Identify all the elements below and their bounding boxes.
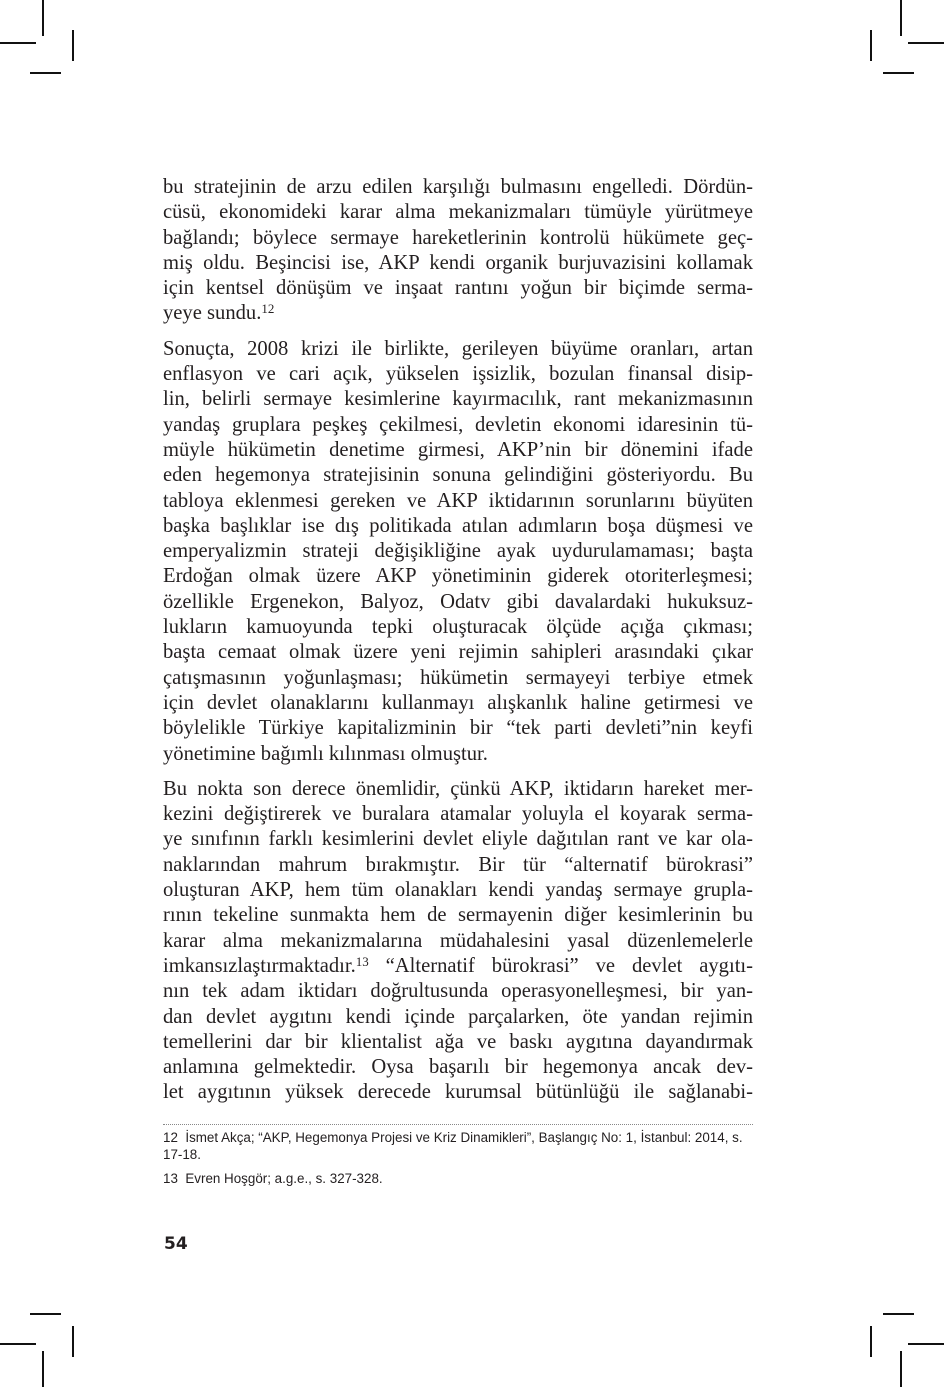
text-fragment: imkansızlaştırmaktadır.: [163, 955, 356, 977]
footnote-13: 13 Evren Hoşgör; a.g.e., s. 327-328.: [163, 1170, 755, 1187]
text-line: eden hegemonya stratejisinin sonuna geli…: [163, 463, 753, 488]
text-line: dan devlet aygıtını kendi içinde parçala…: [163, 1005, 753, 1030]
text-line: yandaş gruplara peşkeş çekilmesi, devlet…: [163, 413, 753, 438]
crop-mark: [870, 30, 872, 61]
footnotes: 12 İsmet Akça; “AKP, Hegemonya Projesi v…: [163, 1129, 755, 1194]
text-line: Erdoğan olmak üzere AKP yönetiminin gide…: [163, 564, 753, 589]
text-line: için devlet olanaklarını kullanmayı alış…: [163, 691, 753, 716]
text-line: yönetimine bağımlı kılınması olmuştur.: [163, 742, 753, 767]
text-line: oluşturan AKP, hem tüm olanakları kendi …: [163, 878, 753, 903]
text-line: miş oldu. Beşincisi ise, AKP kendi organ…: [163, 251, 753, 276]
footnote-ref-12[interactable]: 12: [261, 301, 274, 316]
text-line: cüsü, ekonomideki karar alma mekanizmala…: [163, 200, 753, 225]
text-line: böylelikle Türkiye kapitalizminin bir “t…: [163, 716, 753, 741]
paragraph-1: bu stratejinin de arzu edilen karşılığı …: [163, 175, 753, 327]
text-line: temellerini dar bir klientalist ağa ve b…: [163, 1030, 753, 1055]
text-line: karar alma mekanizmalarına müdahalesini …: [163, 929, 753, 954]
body-text: bu stratejinin de arzu edilen karşılığı …: [163, 175, 753, 1116]
crop-mark: [72, 30, 74, 61]
text-line: bu stratejinin de arzu edilen karşılığı …: [163, 175, 753, 200]
crop-mark: [900, 0, 902, 36]
crop-mark: [908, 42, 944, 44]
text-line: ye sınıfının farklı kesimlerini devlet e…: [163, 827, 753, 852]
text-line: nın tek adam iktidarı doğrultusunda oper…: [163, 979, 753, 1004]
crop-mark: [900, 1351, 902, 1387]
text-line: anlamına gelmektedir. Oysa başarılı bir …: [163, 1055, 753, 1080]
footnote-number: 12: [163, 1130, 178, 1145]
footnote-number: 13: [163, 1171, 178, 1186]
crop-mark: [883, 1313, 914, 1315]
crop-mark: [30, 1313, 61, 1315]
text-line: tabloya eklenmesi gereken ve AKP iktidar…: [163, 489, 753, 514]
paragraph-2: Sonuçta, 2008 krizi ile birlikte, gerile…: [163, 337, 753, 767]
text-line: kezini değiştirerek ve buralara atamalar…: [163, 802, 753, 827]
text-line: let aygıtının yüksek derecede kurumsal b…: [163, 1080, 753, 1105]
crop-mark: [42, 0, 44, 36]
footnote-text: Evren Hoşgör; a.g.e., s. 327-328.: [185, 1171, 382, 1186]
crop-mark: [0, 42, 36, 44]
text-line: müyle hükümetin denetime girmesi, AKP’ni…: [163, 438, 753, 463]
text-line: yeye sundu.12: [163, 301, 753, 326]
text-line: çatışmasının yoğunlaşması; hükümetin ser…: [163, 666, 753, 691]
footnote-12: 12 İsmet Akça; “AKP, Hegemonya Projesi v…: [163, 1129, 755, 1163]
crop-mark: [883, 72, 914, 74]
paragraph-3: Bu nokta son derece önemlidir, çünkü AKP…: [163, 777, 753, 1106]
text-line: Bu nokta son derece önemlidir, çünkü AKP…: [163, 777, 753, 802]
text-fragment: “Alternatif bürokrasi” ve devlet aygıtı-: [369, 955, 753, 977]
text-line: başka başlıklar ise dış politikada atıla…: [163, 514, 753, 539]
text-line: enflasyon ve cari açık, yükselen işsizli…: [163, 362, 753, 387]
page-number: 54: [164, 1234, 188, 1254]
text-line: bağlandı; böylece sermaye hareketlerinin…: [163, 226, 753, 251]
footnote-text: İsmet Akça; “AKP, Hegemonya Projesi ve K…: [163, 1130, 743, 1162]
text-line: özellikle Ergenekon, Balyoz, Odatv gibi …: [163, 590, 753, 615]
crop-mark: [0, 1343, 36, 1345]
footnote-divider: [163, 1124, 753, 1125]
text-line: lin, belirli sermaye kesimlerine kayırma…: [163, 387, 753, 412]
text-line: lukların kamuoyunda tepki oluşturacak öl…: [163, 615, 753, 640]
crop-mark: [72, 1326, 74, 1357]
text-line: emperyalizmin strateji değişikliğine aya…: [163, 539, 753, 564]
text-line: başta cemaat olmak üzere yeni rejimin sa…: [163, 640, 753, 665]
footnote-ref-13[interactable]: 13: [356, 954, 369, 969]
crop-mark: [42, 1351, 44, 1387]
text-line: imkansızlaştırmaktadır.13 “Alternatif bü…: [163, 954, 753, 979]
text-line: naklarından mahrum bırakmıştır. Bir tür …: [163, 853, 753, 878]
text-line: rının tekeline sunmakta hem de sermayeni…: [163, 903, 753, 928]
text-line: için kentsel dönüşüm ve inşaat rantını y…: [163, 276, 753, 301]
crop-mark: [870, 1326, 872, 1357]
crop-mark: [30, 72, 61, 74]
crop-mark: [908, 1343, 944, 1345]
text-fragment: yeye sundu.: [163, 302, 261, 324]
text-line: Sonuçta, 2008 krizi ile birlikte, gerile…: [163, 337, 753, 362]
